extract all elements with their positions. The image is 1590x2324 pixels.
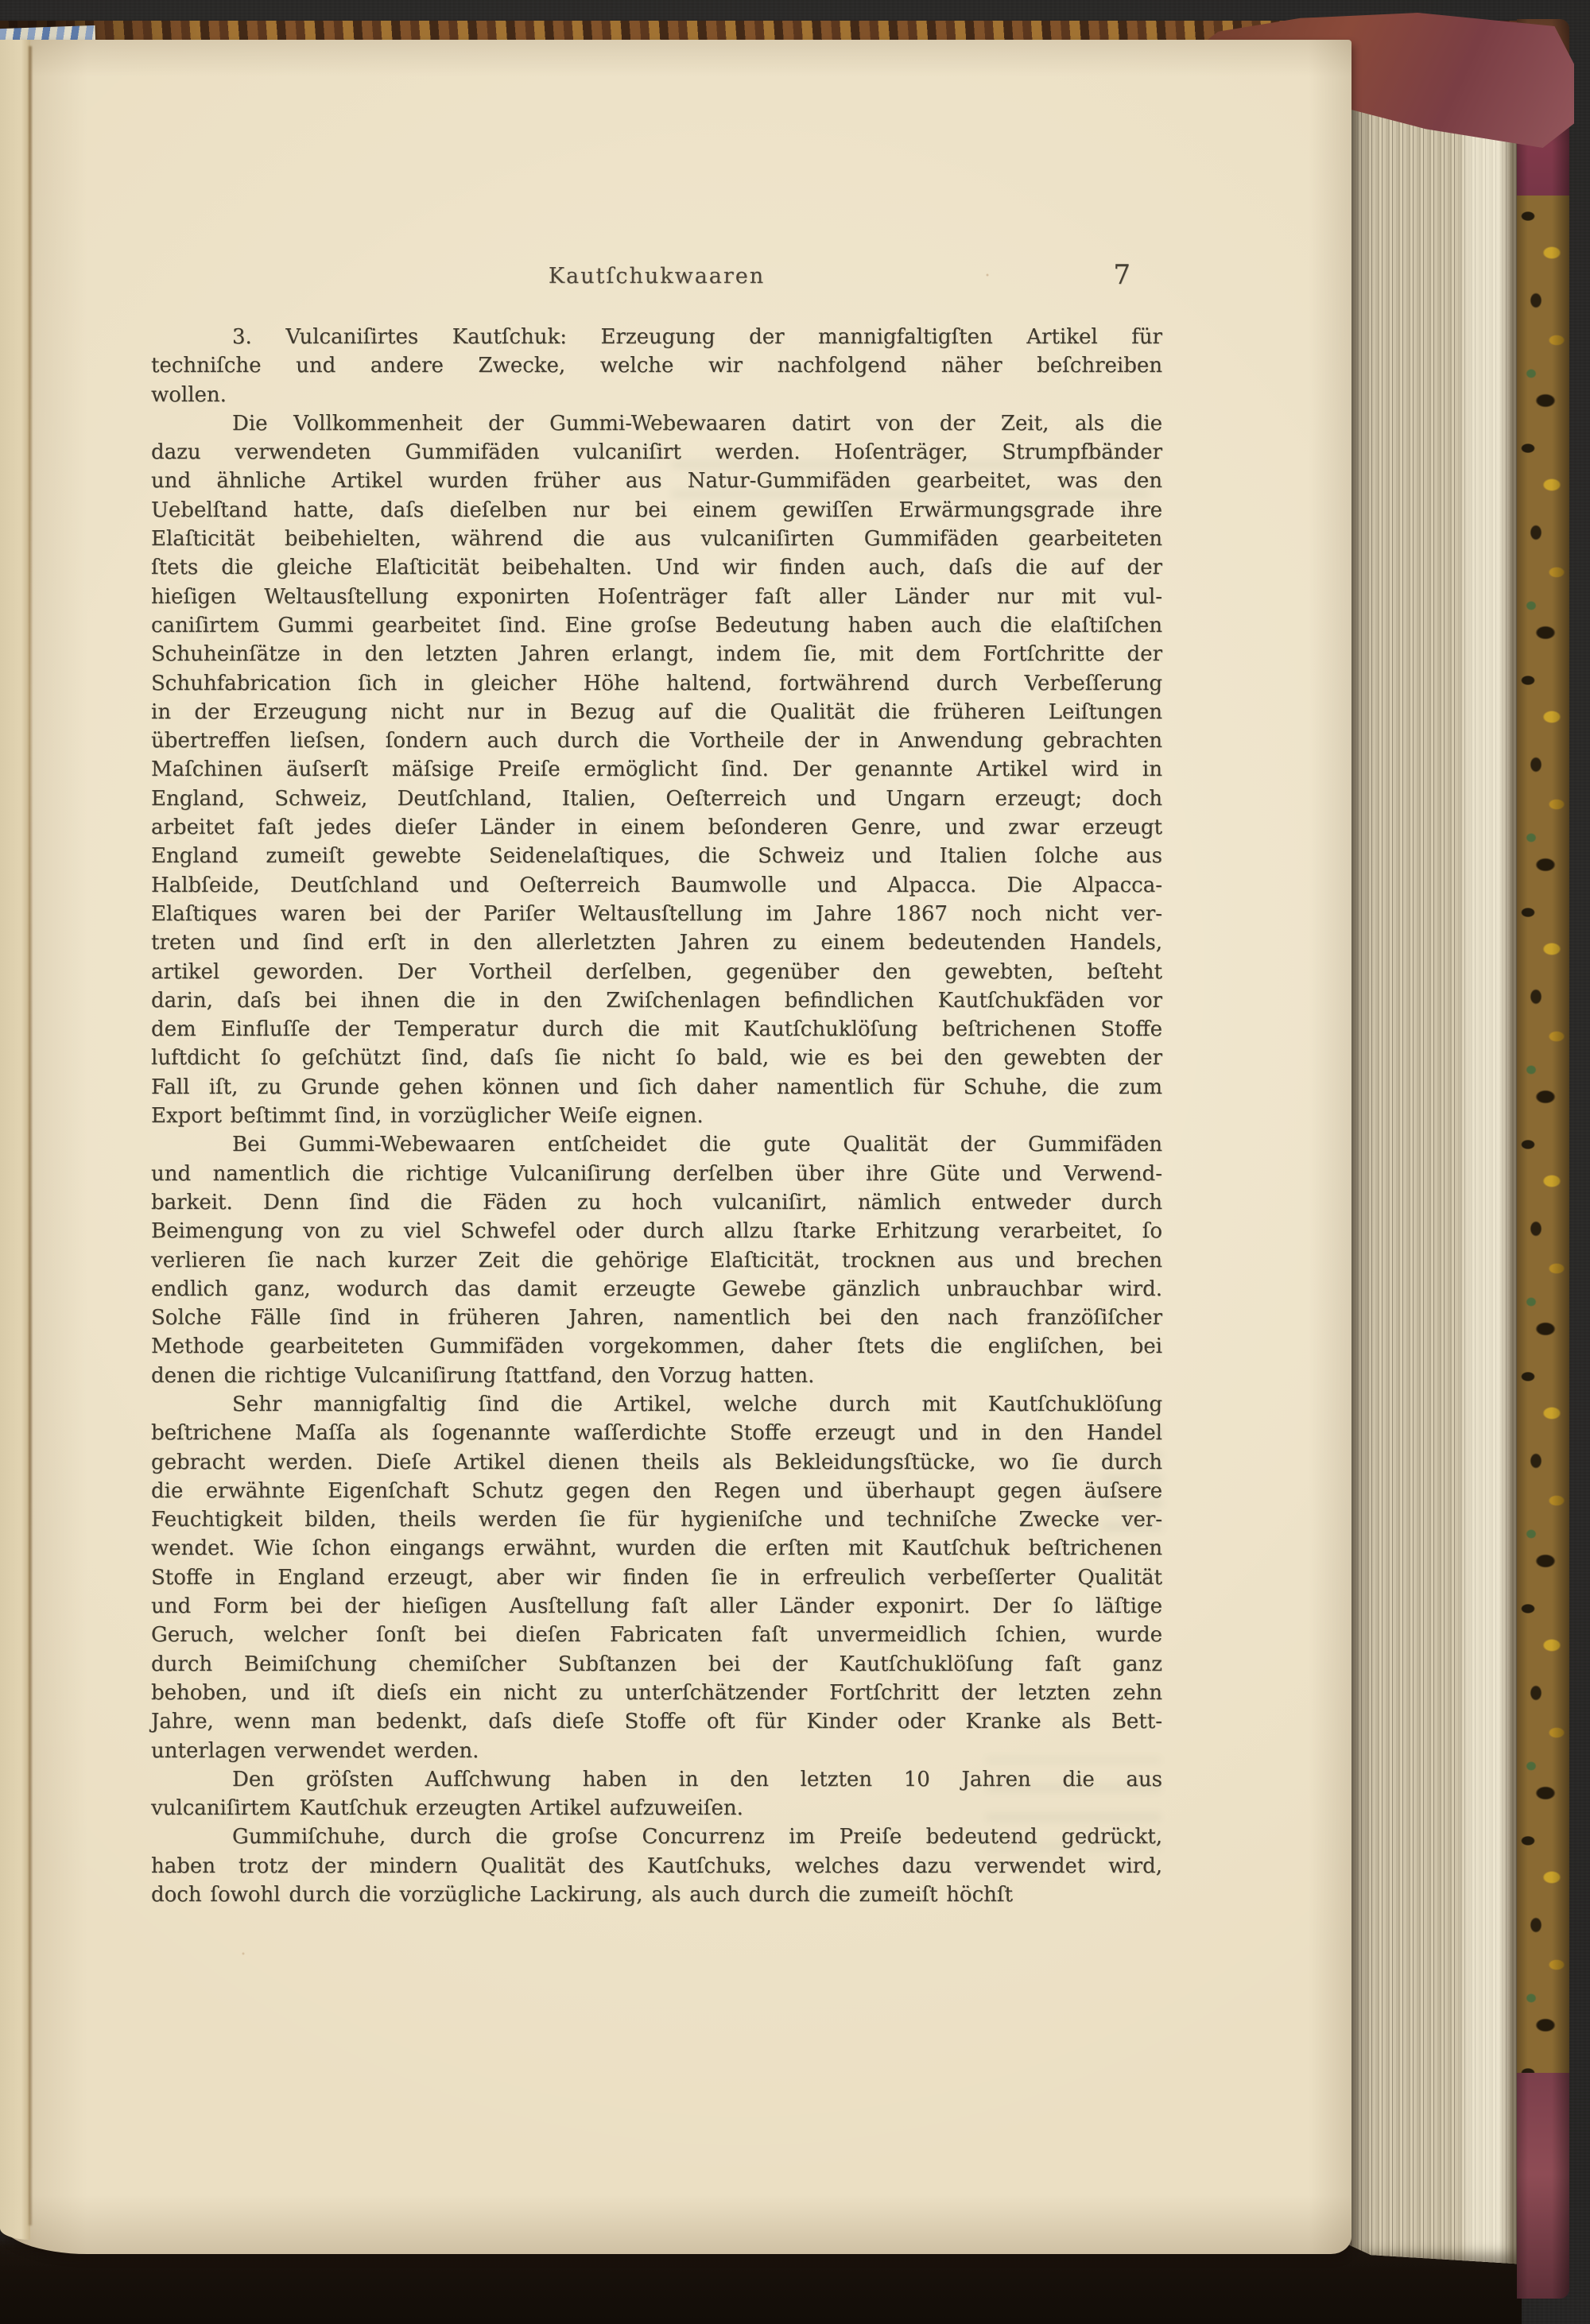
text-line: Den gröſsten Aufſchwung haben in den let…: [151, 1765, 1162, 1794]
paragraph: Sehr mannigfaltig ſind die Artikel, welc…: [151, 1390, 1162, 1765]
text-line: arbeitet faſt jedes dieſer Länder in ein…: [151, 813, 1162, 842]
text-line: und Form bei der hieſigen Ausſtellung fa…: [151, 1592, 1162, 1621]
text-line: England zumeiſt gewebte Seidenelaſtiques…: [151, 842, 1162, 870]
text-line: beſtrichene Maſſa als ſogenannte waſſerd…: [151, 1419, 1162, 1447]
page-gutter: [0, 40, 30, 2240]
text-line: und ähnliche Artikel wurden früher aus N…: [151, 467, 1162, 495]
page-content: Kautſchukwaaren 7 3. Vulcaniſirtes Kautſ…: [151, 0, 1162, 2324]
text-line: Feuchtigkeit bilden, theils werden ſie f…: [151, 1505, 1162, 1534]
text-line: Sehr mannigfaltig ſind die Artikel, welc…: [151, 1390, 1162, 1419]
text-line: übertreffen lieſsen, ſondern auch durch …: [151, 726, 1162, 755]
cover-edge-shading: [1517, 19, 1569, 2299]
text-line: Geruch, welcher ſonſt bei dieſen Fabrica…: [151, 1621, 1162, 1649]
text-line: Elaſticität beibehielten, während die au…: [151, 525, 1162, 553]
text-line: caniſirtem Gummi gearbeitet ſind. Eine g…: [151, 611, 1162, 640]
text-line: luftdicht ſo geſchützt ſind, daſs ſie ni…: [151, 1044, 1162, 1072]
book-scan: Kautſchukwaaren 7 3. Vulcaniſirtes Kautſ…: [0, 0, 1590, 2324]
text-line: Jahre, wenn man bedenkt, daſs dieſe Stof…: [151, 1707, 1162, 1736]
text-line: Halbſeide, Deutſchland und Oeſterreich B…: [151, 871, 1162, 900]
text-line: ſtets die gleiche Elaſticität beibehalte…: [151, 553, 1162, 582]
paragraph: Den gröſsten Aufſchwung haben in den let…: [151, 1765, 1162, 1823]
text-line: durch Beimiſchung chemiſcher Subſtanzen …: [151, 1650, 1162, 1679]
text-line: verlieren ſie nach kurzer Zeit die gehör…: [151, 1246, 1162, 1275]
text-line: endlich ganz, wodurch das damit erzeugte…: [151, 1275, 1162, 1303]
text-line: dazu verwendeten Gummifäden vulcaniſirt …: [151, 438, 1162, 467]
text-line: unterlagen verwendet werden.: [151, 1737, 1162, 1765]
text-line: Schuheinſätze in den letzten Jahren erla…: [151, 640, 1162, 668]
paragraph: 3. Vulcaniſirtes Kautſchuk: Erzeugung de…: [151, 323, 1162, 409]
fore-edge-page-stack: [1347, 33, 1518, 2268]
text-line: Methode gearbeiteten Gummifäden vorgekom…: [151, 1332, 1162, 1361]
text-line: Die Vollkommenheit der Gummi-Webewaaren …: [151, 409, 1162, 438]
text-line: treten und ſind erſt in den allerletzten…: [151, 928, 1162, 957]
text-line: doch ſowohl durch die vorzügliche Lackir…: [151, 1881, 1162, 1909]
paragraph: Bei Gummi-Webewaaren entſcheidet die gut…: [151, 1130, 1162, 1390]
text-line: wendet. Wie ſchon eingangs erwähnt, wurd…: [151, 1534, 1162, 1563]
paragraph: Gummiſchuhe, durch die groſse Concurrenz…: [151, 1822, 1162, 1909]
text-line: Maſchinen äuſserſt mäſsige Preiſe ermögl…: [151, 755, 1162, 784]
text-line: Elaſtiques waren bei der Pariſer Weltaus…: [151, 900, 1162, 928]
text-line: wollen.: [151, 381, 1162, 409]
page-number: 7: [1113, 259, 1130, 291]
text-line: behoben, und iſt dieſs ein nicht zu unte…: [151, 1679, 1162, 1707]
page-body: 3. Vulcaniſirtes Kautſchuk: Erzeugung de…: [151, 323, 1162, 1909]
page-header-title: Kautſchukwaaren: [151, 264, 1162, 289]
text-line: Export beſtimmt ſind, in vorzüglicher We…: [151, 1102, 1162, 1130]
text-line: Uebelſtand hatte, daſs dieſelben nur bei…: [151, 496, 1162, 525]
text-line: techniſche und andere Zwecke, welche wir…: [151, 351, 1162, 380]
text-line: Stoffe in England erzeugt, aber wir find…: [151, 1563, 1162, 1592]
text-line: Schuhfabrication ſich in gleicher Höhe h…: [151, 669, 1162, 698]
text-line: in der Erzeugung nicht nur in Bezug auf …: [151, 698, 1162, 726]
running-header: Kautſchukwaaren 7: [151, 264, 1162, 299]
paragraph: Die Vollkommenheit der Gummi-Webewaaren …: [151, 409, 1162, 1130]
gutter-crease: [29, 46, 32, 2225]
text-line: hieſigen Weltausſtellung exponirten Hoſe…: [151, 583, 1162, 611]
text-line: Beimengung von zu viel Schwefel oder dur…: [151, 1217, 1162, 1245]
text-line: und namentlich die richtige Vulcaniſirun…: [151, 1160, 1162, 1188]
text-line: denen die richtige Vulcaniſirung ſtattfa…: [151, 1361, 1162, 1390]
text-line: barkeit. Denn ſind die Fäden zu hoch vul…: [151, 1188, 1162, 1217]
text-line: Fall iſt, zu Grunde gehen können und ſic…: [151, 1073, 1162, 1102]
text-line: Solche Fälle ſind in früheren Jahren, na…: [151, 1303, 1162, 1332]
text-line: die erwähnte Eigenſchaft Schutz gegen de…: [151, 1477, 1162, 1505]
text-line: darin, daſs bei ihnen die in den Zwiſche…: [151, 986, 1162, 1015]
text-line: England, Schweiz, Deutſchland, Italien, …: [151, 784, 1162, 813]
text-line: dem Einfluſſe der Temperatur durch die m…: [151, 1015, 1162, 1044]
text-line: haben trotz der mindern Qualität des Kau…: [151, 1852, 1162, 1881]
text-line: Gummiſchuhe, durch die groſse Concurrenz…: [151, 1822, 1162, 1851]
text-line: 3. Vulcaniſirtes Kautſchuk: Erzeugung de…: [151, 323, 1162, 351]
text-line: artikel geworden. Der Vortheil derſelben…: [151, 958, 1162, 986]
text-line: gebracht werden. Dieſe Artikel dienen th…: [151, 1448, 1162, 1477]
text-line: Bei Gummi-Webewaaren entſcheidet die gut…: [151, 1130, 1162, 1159]
text-line: vulcaniſirtem Kautſchuk erzeugten Artike…: [151, 1794, 1162, 1822]
cover-edge-strip: [1517, 19, 1569, 2299]
